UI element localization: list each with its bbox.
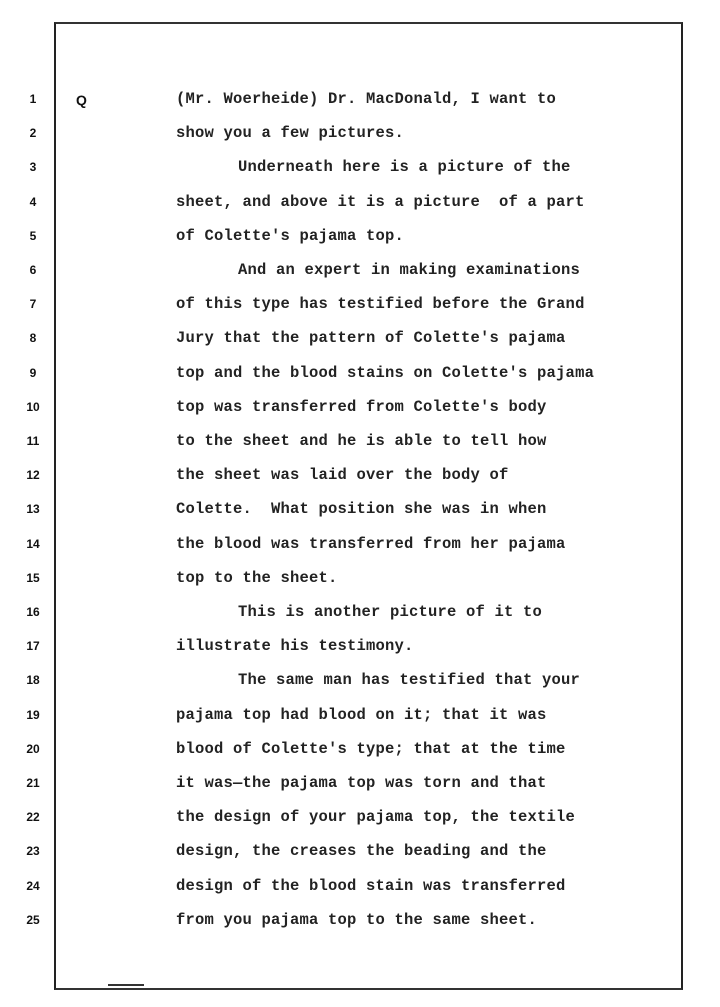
line-number: 5 [20,229,46,243]
line-number: 14 [20,537,46,551]
transcript-line: blood of Colette's type; that at the tim… [176,740,566,758]
transcript-line: show you a few pictures. [176,124,404,142]
line-number: 24 [20,879,46,893]
line-number: 21 [20,776,46,790]
line-number: 9 [20,366,46,380]
line-number: 17 [20,639,46,653]
line-number: 15 [20,571,46,585]
footer-mark [108,984,144,986]
transcript-line: This is another picture of it to [238,603,542,621]
transcript-line: from you pajama top to the same sheet. [176,911,537,929]
transcript-line: of Colette's pajama top. [176,227,404,245]
line-number: 25 [20,913,46,927]
transcript-line: The same man has testified that your [238,671,580,689]
line-number: 3 [20,160,46,174]
line-number: 23 [20,844,46,858]
transcript-line: the design of your pajama top, the texti… [176,808,575,826]
line-number: 18 [20,673,46,687]
line-number: 8 [20,331,46,345]
transcript-line: (Mr. Woerheide) Dr. MacDonald, I want to [176,90,556,108]
line-number: 16 [20,605,46,619]
line-number: 7 [20,297,46,311]
transcript-line: design, the creases the beading and the [176,842,547,860]
transcript-line: pajama top had blood on it; that it was [176,706,547,724]
transcript-line: Underneath here is a picture of the [238,158,571,176]
line-number: 11 [20,434,46,448]
transcript-line: the blood was transferred from her pajam… [176,535,566,553]
line-number: 6 [20,263,46,277]
line-number: 4 [20,195,46,209]
transcript-line: the sheet was laid over the body of [176,466,509,484]
transcript-line: of this type has testified before the Gr… [176,295,585,313]
line-number: 12 [20,468,46,482]
transcript-line: top to the sheet. [176,569,338,587]
transcript-line: Colette. What position she was in when [176,500,547,518]
transcript-line: to the sheet and he is able to tell how [176,432,547,450]
question-marker: Q [76,92,87,108]
line-number: 20 [20,742,46,756]
transcript-line: sheet, and above it is a picture of a pa… [176,193,585,211]
transcript-line: Jury that the pattern of Colette's pajam… [176,329,566,347]
transcript-line: top was transferred from Colette's body [176,398,547,416]
transcript-line: top and the blood stains on Colette's pa… [176,364,594,382]
line-number: 2 [20,126,46,140]
line-number: 1 [20,92,46,106]
line-number: 19 [20,708,46,722]
line-number: 22 [20,810,46,824]
line-number: 10 [20,400,46,414]
line-number: 13 [20,502,46,516]
transcript-line: illustrate his testimony. [176,637,414,655]
transcript-line: And an expert in making examinations [238,261,580,279]
transcript-line: design of the blood stain was transferre… [176,877,566,895]
transcript-line: it was—the pajama top was torn and that [176,774,547,792]
